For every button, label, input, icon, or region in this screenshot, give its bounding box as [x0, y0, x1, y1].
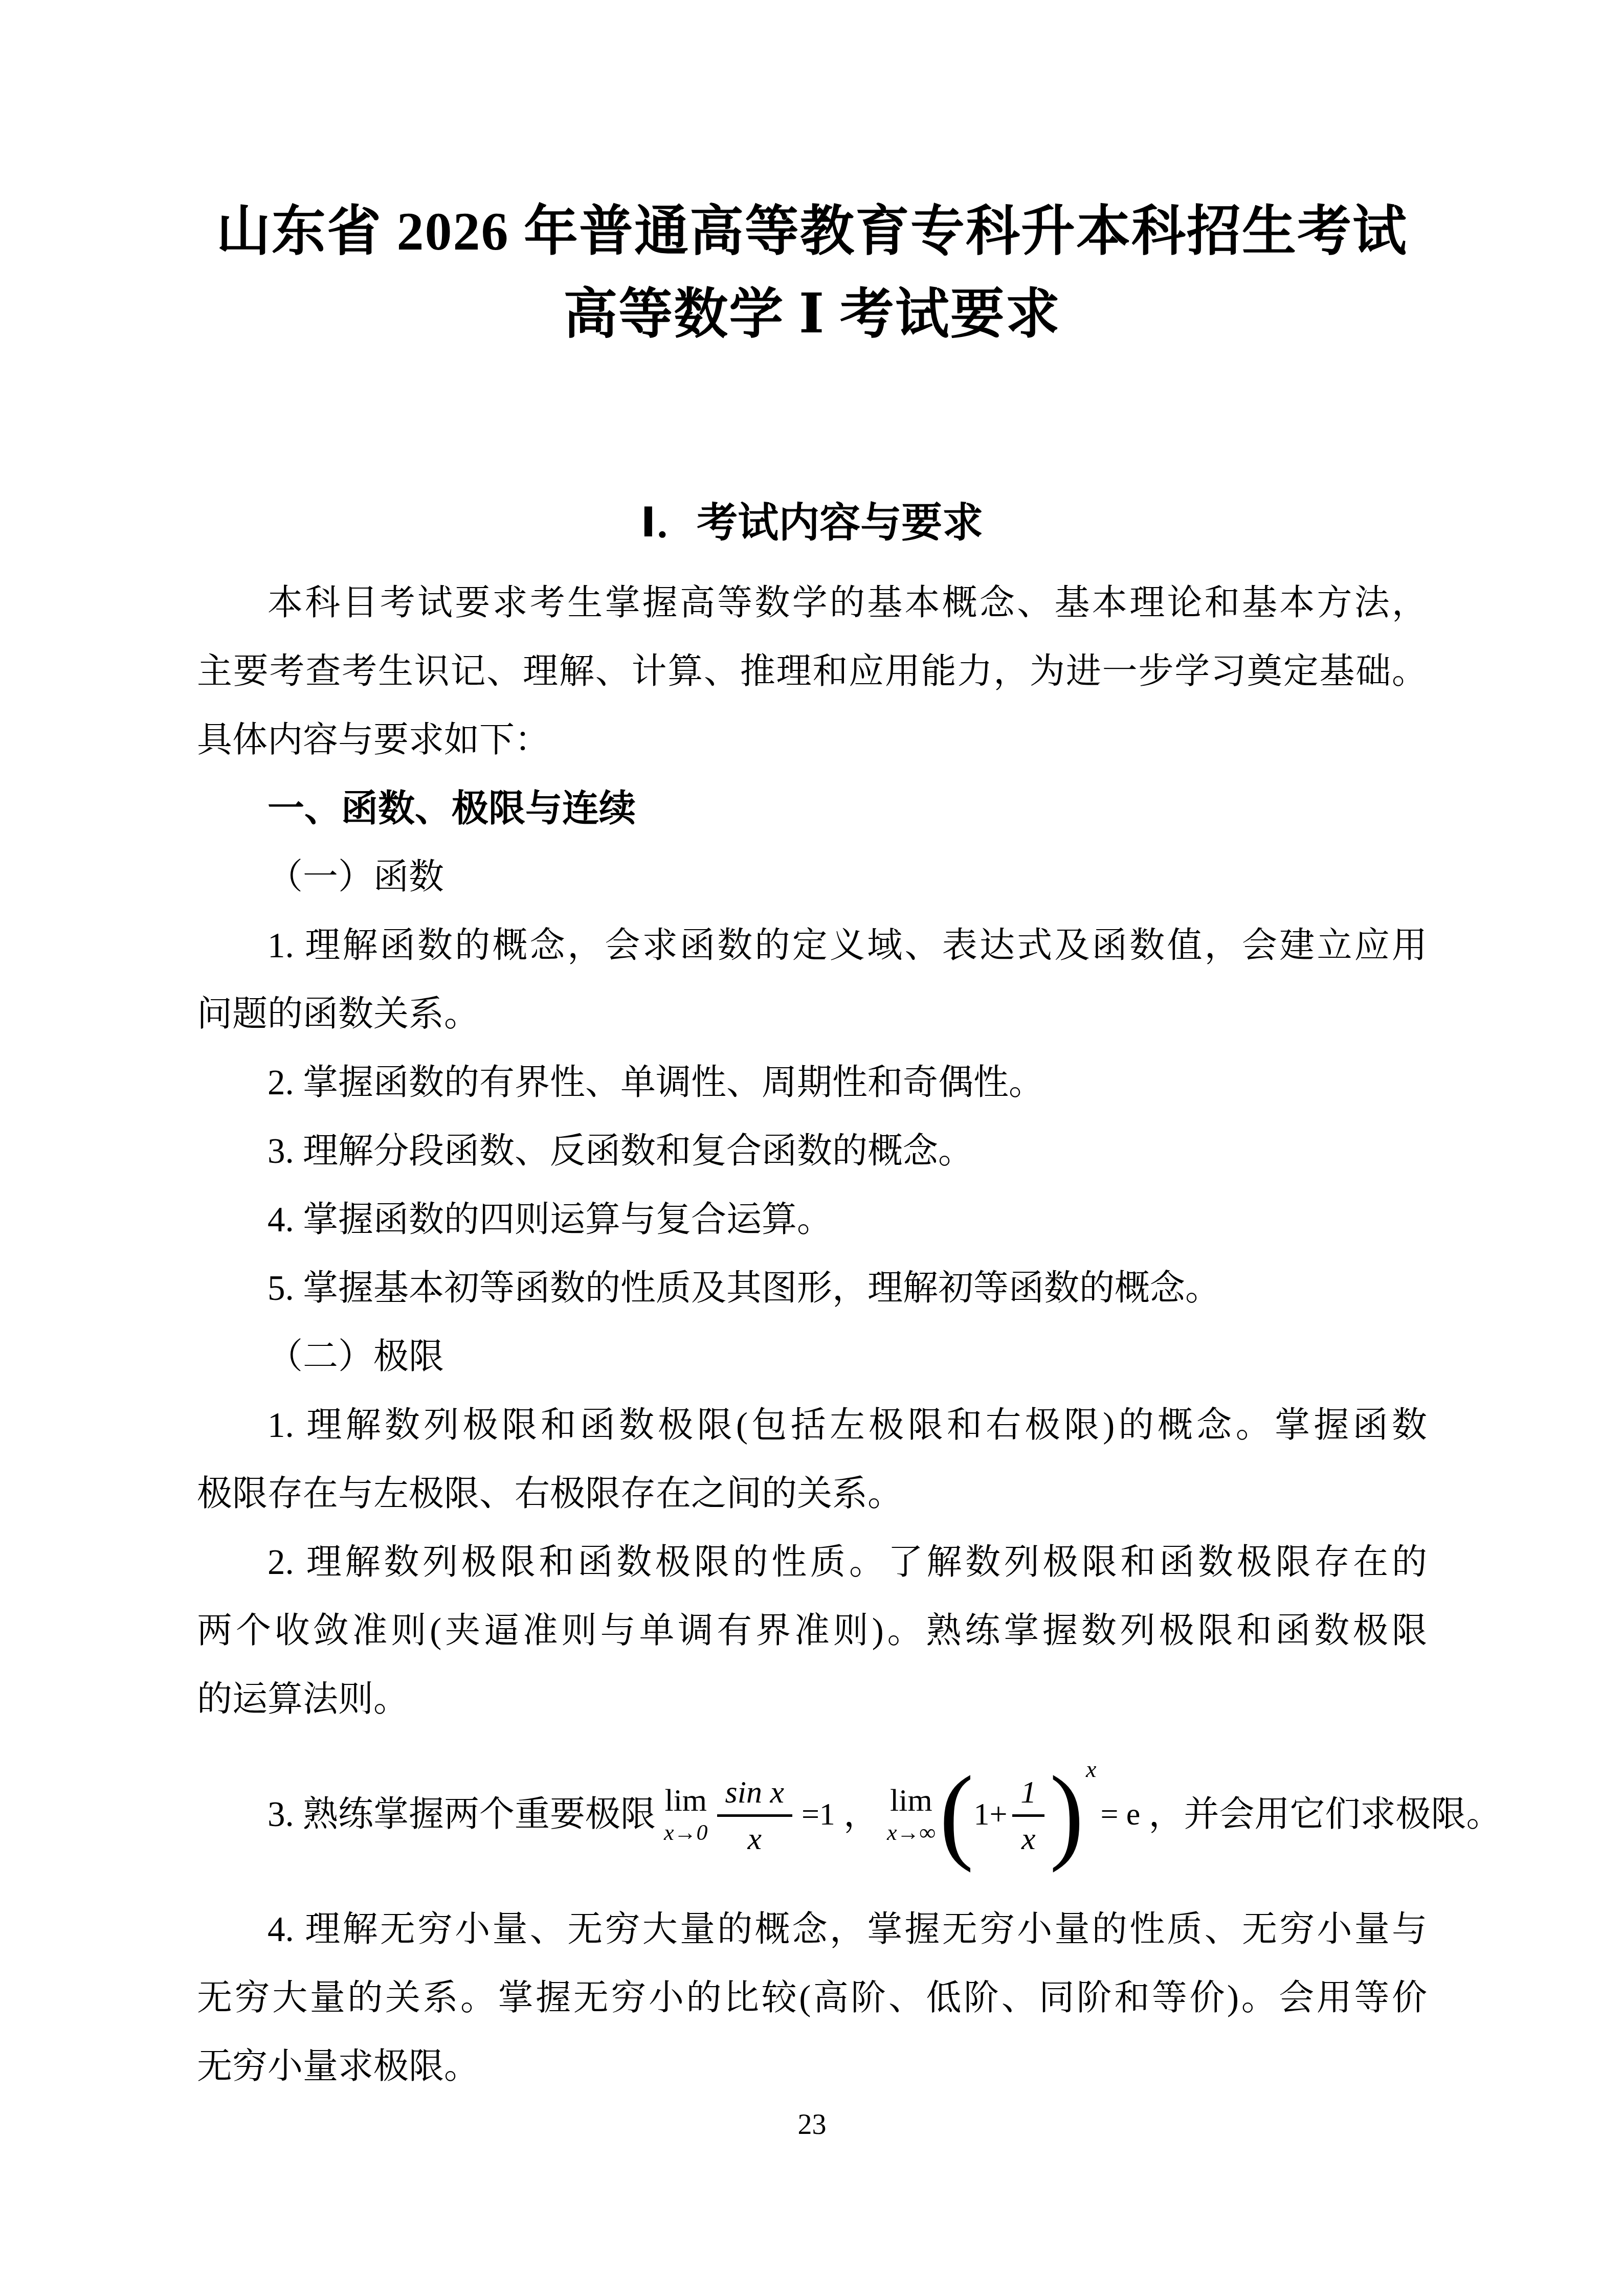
func-item1-line2: 问题的函数关系。 [197, 980, 1427, 1048]
one-plus: 1+ [973, 1780, 1007, 1849]
formula-e-limit: lim x→∞ ( 1+ 1 x ) x = e [883, 1763, 1145, 1865]
open-paren: ( [940, 1761, 974, 1868]
limit-item1-line2: 极限存在与左极限、右极限存在之间的关系。 [197, 1459, 1427, 1528]
lim-subscript-2: x→∞ [887, 1821, 936, 1844]
intro-line-1: 本科目考试要求考生掌握高等数学的基本概念、基本理论和基本方法， [197, 569, 1427, 637]
formula-sinx-over-x: lim x→0 sin x x =1 [660, 1774, 839, 1855]
exponent-x: x [1086, 1735, 1096, 1804]
close-paren: ) [1050, 1761, 1084, 1868]
func-item4: 4. 掌握函数的四则运算与复合运算。 [197, 1185, 1427, 1254]
intro-line-2: 主要考查考生识记、理解、计算、推理和应用能力，为进一步学习奠定基础。 [197, 637, 1427, 706]
formula-separator: ， [843, 1780, 879, 1849]
equals-one: =1 [802, 1780, 835, 1849]
chapter1-heading: 一、函数、极限与连续 [197, 774, 1427, 843]
limit-item3-prefix: 3. 熟练掌握两个重要极限 [268, 1780, 656, 1849]
limit-item4-line2: 无穷大量的关系。掌握无穷小的比较(高阶、低阶、同阶和等价)。会用等价 [197, 1964, 1427, 2032]
limit-item1-line1: 1. 理解数列极限和函数极限(包括左极限和右极限)的概念。掌握函数 [197, 1391, 1427, 1459]
sub2-heading: （二）极限 [197, 1322, 1427, 1391]
limit-item3-formula-line: 3. 熟练掌握两个重要极限 lim x→0 sin x x =1 ， lim [197, 1738, 1427, 1891]
func-item5: 5. 掌握基本初等函数的性质及其图形，理解初等函数的概念。 [197, 1254, 1427, 1322]
lim-stack-2: lim x→∞ [887, 1785, 936, 1844]
title-line-1: 山东省 2026 年普通高等教育专科升本科招生考试 [197, 190, 1427, 273]
section-heading: Ⅰ．考试内容与要求 [197, 497, 1427, 548]
lim-operator-1: lim [664, 1785, 707, 1816]
limit-item4-line1: 4. 理解无穷小量、无穷大量的概念，掌握无穷小量的性质、无穷小量与 [197, 1895, 1427, 1964]
func-item3: 3. 理解分段函数、反函数和复合函数的概念。 [197, 1117, 1427, 1185]
fraction1-denominator: x [747, 1817, 762, 1855]
limit-item2-line1: 2. 理解数列极限和函数极限的性质。了解数列极限和函数极限存在的 [197, 1528, 1427, 1596]
sub1-heading: （一）函数 [197, 843, 1427, 911]
lim-stack-1: lim x→0 [664, 1785, 708, 1844]
fraction1-numerator: sin x [717, 1774, 792, 1817]
page-number: 23 [197, 2107, 1427, 2143]
fraction2-denominator: x [1021, 1817, 1036, 1855]
lim-subscript-1: x→0 [664, 1821, 708, 1844]
page-content: 山东省 2026 年普通高等教育专科升本科招生考试 高等数学 Ⅰ 考试要求 Ⅰ．… [0, 0, 1624, 2143]
limit-item2-line2: 两个收敛准则(夹逼准则与单调有界准则)。熟练掌握数列极限和函数极限 [197, 1596, 1427, 1665]
title-line-2: 高等数学 Ⅰ 考试要求 [197, 273, 1427, 356]
intro-line-3: 具体内容与要求如下： [197, 706, 1427, 774]
lim-operator-2: lim [890, 1785, 932, 1816]
func-item1-line1: 1. 理解函数的概念，会求函数的定义域、表达式及函数值，会建立应用 [197, 911, 1427, 980]
limit-item4-line3: 无穷小量求极限。 [197, 2032, 1427, 2101]
document-title: 山东省 2026 年普通高等教育专科升本科招生考试 高等数学 Ⅰ 考试要求 [197, 0, 1427, 356]
equals-e: = e [1100, 1780, 1140, 1849]
limit-item3-suffix: ，并会用它们求极限。 [1148, 1780, 1501, 1849]
limit-item2-line3: 的运算法则。 [197, 1665, 1427, 1734]
fraction2-numerator: 1 [1012, 1774, 1044, 1817]
document-page: 山东省 2026 年普通高等教育专科升本科招生考试 高等数学 Ⅰ 考试要求 Ⅰ．… [0, 0, 1624, 2296]
func-item2: 2. 掌握函数的有界性、单调性、周期性和奇偶性。 [197, 1048, 1427, 1117]
body-text: 本科目考试要求考生掌握高等数学的基本概念、基本理论和基本方法， 主要考查考生识记… [197, 569, 1427, 2101]
fraction-one-x: 1 x [1012, 1774, 1044, 1855]
fraction-sinx-x: sin x x [717, 1774, 792, 1855]
